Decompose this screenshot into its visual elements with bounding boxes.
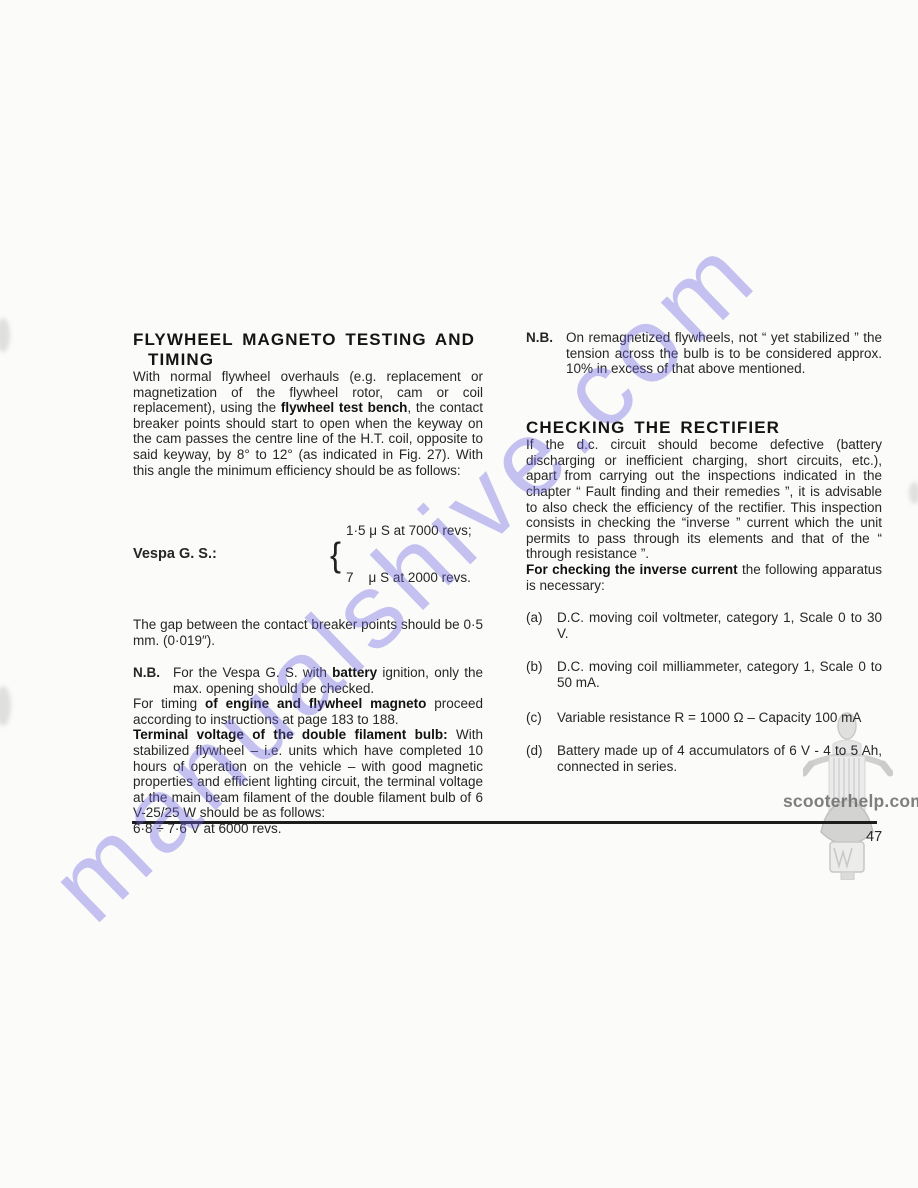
- item-label: (c): [526, 710, 557, 726]
- item-label: (a): [526, 610, 557, 641]
- apparatus-item-b: (b) D.C. moving coil milliammeter, categ…: [526, 659, 882, 690]
- nb-text: For the Vespa G. S. with battery ignitio…: [173, 665, 483, 696]
- spec-value-2000-revs: 7 μ S at 2000 revs.: [346, 570, 472, 586]
- section-heading-rectifier: CHECKING THE RECTIFIER: [526, 418, 882, 438]
- apparatus-intro-paragraph: For checking the inverse current the fol…: [526, 562, 882, 593]
- scooterhelp-watermark: scooterhelp.com: [783, 791, 918, 812]
- timing-paragraph: For timing of engine and flywheel magnet…: [133, 696, 483, 727]
- nb-note-right: N.B. On remagnetized flywheels, not “ ye…: [526, 330, 882, 377]
- footer-rule: [132, 821, 877, 824]
- vespa-gs-spec-block: Vespa G. S.: { 1·5 μ S at 7000 revs; 7 μ…: [133, 492, 483, 617]
- gap-paragraph: The gap between the contact breaker poin…: [133, 617, 483, 648]
- item-text: Battery made up of 4 accumulators of 6 V…: [557, 743, 882, 774]
- right-column: N.B. On remagnetized flywheels, not “ ye…: [526, 330, 882, 774]
- scan-smudge: [0, 686, 11, 726]
- nb-text: On remagnetized flywheels, not “ yet sta…: [566, 330, 882, 377]
- manual-page: FLYWHEEL MAGNETO TESTING AND TIMING With…: [0, 0, 918, 1188]
- vespa-gs-label: Vespa G. S.:: [133, 547, 330, 563]
- spec-value-7000-revs: 1·5 μ S at 7000 revs;: [346, 523, 472, 539]
- terminal-voltage-paragraph: Terminal voltage of the double filament …: [133, 727, 483, 821]
- rectifier-paragraph: If the d.c. circuit should become defect…: [526, 437, 882, 562]
- apparatus-item-a: (a) D.C. moving coil voltmeter, category…: [526, 610, 882, 641]
- left-column: FLYWHEEL MAGNETO TESTING AND TIMING With…: [133, 330, 483, 837]
- heading-line-2: TIMING: [133, 350, 483, 370]
- apparatus-item-d: (d) Battery made up of 4 accumulators of…: [526, 743, 882, 774]
- item-text: Variable resistance R = 1000 Ω – Capacit…: [557, 710, 861, 726]
- item-text: D.C. moving coil milliammeter, category …: [557, 659, 882, 690]
- intro-paragraph: With normal flywheel overhauls (e.g. rep…: [133, 369, 483, 478]
- item-text: D.C. moving coil voltmeter, category 1, …: [557, 610, 882, 641]
- nb-label: N.B.: [526, 330, 566, 377]
- section-heading-flywheel: FLYWHEEL MAGNETO TESTING AND TIMING: [133, 330, 483, 369]
- item-label: (b): [526, 659, 557, 690]
- scan-smudge: [0, 318, 10, 352]
- vespa-gs-values: 1·5 μ S at 7000 revs; 7 μ S at 2000 revs…: [346, 492, 472, 617]
- nb-note-left: N.B. For the Vespa G. S. with battery ig…: [133, 665, 483, 696]
- nb-label: N.B.: [133, 665, 173, 696]
- scan-smudge: [909, 482, 918, 504]
- page-number: 47: [866, 829, 882, 845]
- item-label: (d): [526, 743, 557, 774]
- heading-line-1: FLYWHEEL MAGNETO TESTING AND: [133, 330, 475, 349]
- apparatus-item-c: (c) Variable resistance R = 1000 Ω – Cap…: [526, 710, 882, 726]
- brace-glyph: {: [330, 546, 341, 562]
